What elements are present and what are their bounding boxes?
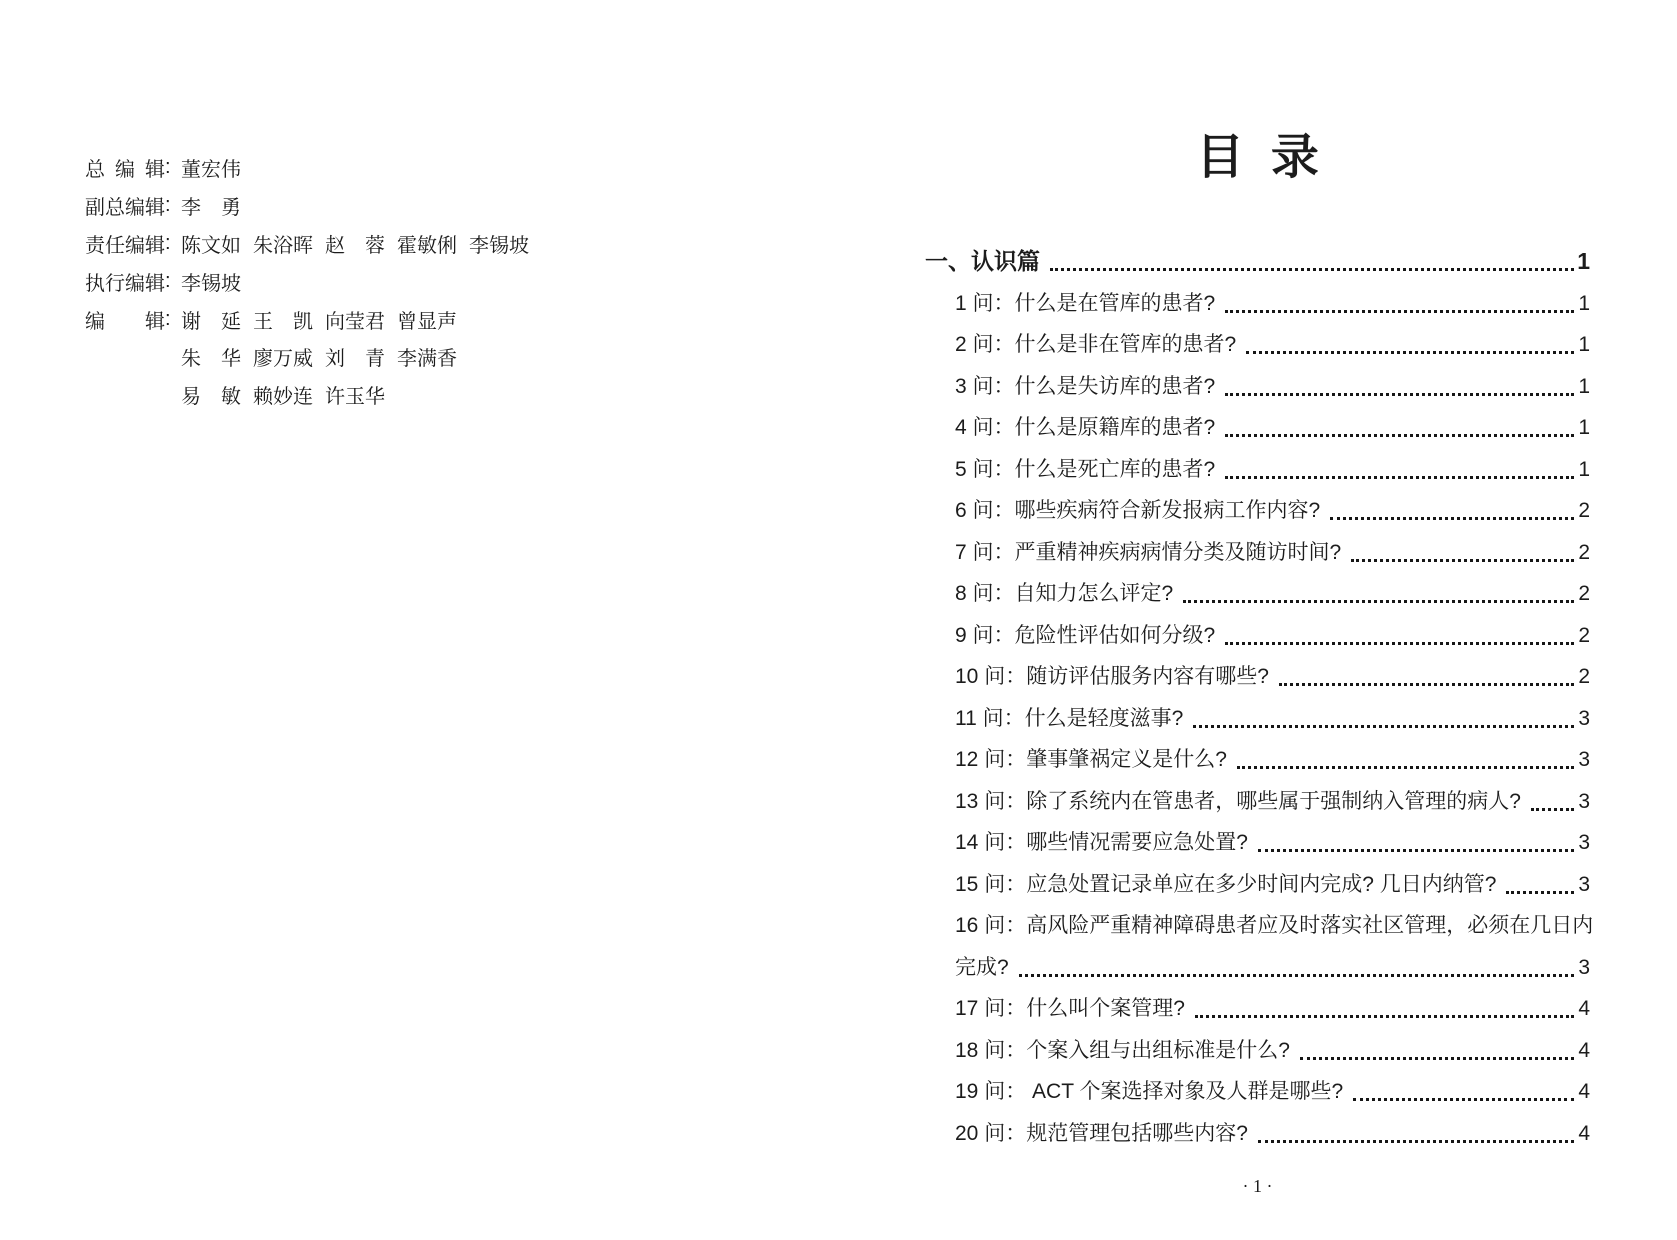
toc-entry-text: 12 问：肇事肇祸定义是什么? [955, 739, 1227, 781]
credits-role-label: 编辑 [85, 305, 165, 334]
toc-entry-text: 18 问：个案入组与出组标准是什么? [955, 1030, 1290, 1072]
dotted-leader [1193, 725, 1574, 728]
credits-name: 朱浴晖 [253, 229, 316, 258]
dotted-leader [1353, 1098, 1574, 1101]
dotted-leader [1050, 268, 1574, 271]
credits-name: 向莹君 [325, 305, 388, 334]
dotted-leader [1258, 1140, 1574, 1143]
toc-entry-text: 4 问：什么是原籍库的患者? [955, 407, 1215, 449]
toc-entry-row: 20 问：规范管理包括哪些内容?4 [925, 1113, 1590, 1155]
toc-entry-text: 14 问：哪些情况需要应急处置? [955, 822, 1248, 864]
dotted-leader [1019, 974, 1574, 977]
toc-entry-text: 9 问：危险性评估如何分级? [955, 615, 1215, 657]
toc-entry-text: 1 问：什么是在管库的患者? [955, 283, 1215, 325]
toc-entry-row: 15 问：应急处置记录单应在多少时间内完成? 几日内纳管?3 [925, 864, 1590, 906]
toc-entry-page: 3 [1577, 739, 1590, 781]
toc-entry-page: 1 [1577, 241, 1590, 283]
toc-list: 一、认识篇11 问：什么是在管库的患者?12 问：什么是非在管库的患者?13 问… [925, 241, 1590, 1154]
toc-entry-row: 17 问：什么叫个案管理?4 [925, 988, 1590, 1030]
credits-name: 许玉华 [325, 380, 388, 409]
toc-title: 目 录 [925, 132, 1590, 185]
credits-row: 易 敏赖妙连许玉华 [85, 376, 532, 414]
toc-entry-row: 11 问：什么是轻度滋事?3 [925, 698, 1590, 740]
credits-name: 李 勇 [181, 191, 244, 220]
toc-entry-row: 13 问：除了系统内在管患者，哪些属于强制纳入管理的病人?3 [925, 781, 1590, 823]
book-spread: 总编辑:董宏伟副总编辑:李 勇责任编辑:陈文如朱浴晖赵 蓉霍敏俐李锡坡执行编辑:… [0, 0, 1677, 1240]
dotted-leader [1237, 766, 1574, 769]
toc-entry-row: 3 问：什么是失访库的患者?1 [925, 366, 1590, 408]
credits-name: 霍敏俐 [397, 229, 460, 258]
toc-entry-page: 2 [1577, 573, 1590, 615]
credits-role-label: 副总编辑 [85, 191, 165, 220]
toc-entry-page: 4 [1577, 1030, 1590, 1072]
toc-entry-page: 1 [1577, 407, 1590, 449]
toc-entry-page: 2 [1577, 490, 1590, 532]
toc-entry-text: 13 问：除了系统内在管患者，哪些属于强制纳入管理的病人? [955, 781, 1521, 823]
credits-colon: : [165, 308, 181, 331]
toc-entry-page: 4 [1577, 1113, 1590, 1155]
toc-entry-text: 完成? [955, 947, 1009, 989]
dotted-leader [1195, 1015, 1574, 1018]
credits-row: 朱 华廖万威刘 青李满香 [85, 338, 532, 376]
credits-name: 陈文如 [181, 229, 244, 258]
credits-name: 李锡坡 [469, 229, 532, 258]
toc-entry-row: 19 问： ACT 个案选择对象及人群是哪些?4 [925, 1071, 1590, 1113]
toc-entry-text: 2 问：什么是非在管库的患者? [955, 324, 1236, 366]
credits-name: 王 凯 [253, 305, 316, 334]
toc-entry-row: 8 问：自知力怎么评定?2 [925, 573, 1590, 615]
credits-name: 赖妙连 [253, 380, 316, 409]
dotted-leader [1225, 310, 1574, 313]
credits-colon: : [165, 232, 181, 255]
toc-section-row: 一、认识篇1 [925, 241, 1590, 283]
toc-entry-page: 1 [1577, 366, 1590, 408]
credits-name: 曾显声 [397, 305, 460, 334]
toc-entry-page: 3 [1577, 698, 1590, 740]
toc-entry-page: 2 [1577, 615, 1590, 657]
toc-entry-text: 11 问：什么是轻度滋事? [955, 698, 1183, 740]
toc-entry-row: 5 问：什么是死亡库的患者?1 [925, 449, 1590, 491]
dotted-leader [1183, 600, 1574, 603]
dotted-leader [1225, 476, 1574, 479]
toc-entry-text: 10 问：随访评估服务内容有哪些? [955, 656, 1269, 698]
dotted-leader [1351, 559, 1574, 562]
toc-entry-text: 8 问：自知力怎么评定? [955, 573, 1173, 615]
credits-name: 易 敏 [181, 380, 244, 409]
dotted-leader [1279, 683, 1574, 686]
toc-entry-page: 3 [1577, 864, 1590, 906]
toc-entry-text: 7 问：严重精神疾病病情分类及随访时间? [955, 532, 1341, 574]
toc-entry-page: 2 [1577, 532, 1590, 574]
credits-names: 董宏伟 [181, 153, 244, 182]
toc-entry-row: 12 问：肇事肇祸定义是什么?3 [925, 739, 1590, 781]
credits-colon: : [165, 156, 181, 179]
credits-name: 廖万威 [253, 342, 316, 371]
toc-entry-page: 4 [1577, 988, 1590, 1030]
credits-names: 李 勇 [181, 191, 244, 220]
credits-row: 副总编辑:李 勇 [85, 187, 532, 225]
dotted-leader [1300, 1057, 1574, 1060]
credits-row: 编辑:谢 延王 凯向莹君曾显声 [85, 300, 532, 338]
dotted-leader [1225, 642, 1574, 645]
dotted-leader [1330, 517, 1574, 520]
dotted-leader [1225, 393, 1574, 396]
dotted-leader [1531, 808, 1574, 811]
toc-entry-page: 3 [1577, 781, 1590, 823]
toc-entry-row: 1 问：什么是在管库的患者?1 [925, 283, 1590, 325]
credits-names: 朱 华廖万威刘 青李满香 [181, 342, 460, 371]
toc-entry-row: 2 问：什么是非在管库的患者?1 [925, 324, 1590, 366]
credits-name: 李锡坡 [181, 267, 244, 296]
toc-entry-row: 14 问：哪些情况需要应急处置?3 [925, 822, 1590, 864]
credits-name: 刘 青 [325, 342, 388, 371]
toc-entry-page: 2 [1577, 656, 1590, 698]
toc-entry-text: 20 问：规范管理包括哪些内容? [955, 1113, 1248, 1155]
credits-row: 责任编辑:陈文如朱浴晖赵 蓉霍敏俐李锡坡 [85, 225, 532, 263]
toc-page: 目 录 一、认识篇11 问：什么是在管库的患者?12 问：什么是非在管库的患者?… [925, 0, 1590, 1240]
toc-entry-row: 6 问：哪些疾病符合新发报病工作内容?2 [925, 490, 1590, 532]
toc-entry-page: 4 [1577, 1071, 1590, 1113]
dotted-leader [1506, 891, 1574, 894]
dotted-leader [1246, 351, 1574, 354]
credits-name: 赵 蓉 [325, 229, 388, 258]
credits-name: 谢 延 [181, 305, 244, 334]
credits-name: 朱 华 [181, 342, 244, 371]
credits-colon: : [165, 194, 181, 217]
credits-role-label: 总编辑 [85, 153, 165, 182]
credits-names: 易 敏赖妙连许玉华 [181, 380, 388, 409]
toc-entry-text: 15 问：应急处置记录单应在多少时间内完成? 几日内纳管? [955, 864, 1496, 906]
toc-entry-text: 5 问：什么是死亡库的患者? [955, 449, 1215, 491]
dotted-leader [1258, 849, 1574, 852]
credits-name: 李满香 [397, 342, 460, 371]
credits-block: 总编辑:董宏伟副总编辑:李 勇责任编辑:陈文如朱浴晖赵 蓉霍敏俐李锡坡执行编辑:… [85, 149, 532, 414]
toc-entry-page: 1 [1577, 283, 1590, 325]
toc-entry-row: 18 问：个案入组与出组标准是什么?4 [925, 1030, 1590, 1072]
toc-entry-wrap-row: 完成?3 [925, 947, 1590, 989]
credits-names: 谢 延王 凯向莹君曾显声 [181, 305, 460, 334]
dotted-leader [1225, 434, 1574, 437]
credits-row: 总编辑:董宏伟 [85, 149, 532, 187]
toc-entry-row: 7 问：严重精神疾病病情分类及随访时间?2 [925, 532, 1590, 574]
toc-entry-text: 3 问：什么是失访库的患者? [955, 366, 1215, 408]
credits-names: 陈文如朱浴晖赵 蓉霍敏俐李锡坡 [181, 229, 532, 258]
toc-entry-row: 10 问：随访评估服务内容有哪些?2 [925, 656, 1590, 698]
page-number-footer: · 1 · [925, 1176, 1590, 1197]
toc-entry-row: 9 问：危险性评估如何分级?2 [925, 615, 1590, 657]
credits-row: 执行编辑:李锡坡 [85, 262, 532, 300]
credits-names: 李锡坡 [181, 267, 244, 296]
toc-entry-page: 3 [1577, 822, 1590, 864]
credits-role-label: 执行编辑 [85, 267, 165, 296]
toc-entry-text: 6 问：哪些疾病符合新发报病工作内容? [955, 490, 1320, 532]
toc-entry-text: 19 问： ACT 个案选择对象及人群是哪些? [955, 1071, 1343, 1113]
toc-entry-text: 17 问：什么叫个案管理? [955, 988, 1185, 1030]
credits-role-label: 责任编辑 [85, 229, 165, 258]
credits-colon: : [165, 270, 181, 293]
toc-entry-page: 1 [1577, 449, 1590, 491]
toc-entry-text: 一、认识篇 [925, 241, 1040, 283]
credits-name: 董宏伟 [181, 153, 244, 182]
toc-entry-row: 4 问：什么是原籍库的患者?1 [925, 407, 1590, 449]
toc-entry-text: 16 问：高风险严重精神障碍患者应及时落实社区管理，必须在几日内 [955, 905, 1593, 947]
toc-entry-row: 16 问：高风险严重精神障碍患者应及时落实社区管理，必须在几日内 [925, 905, 1590, 947]
toc-entry-page: 3 [1577, 947, 1590, 989]
toc-entry-page: 1 [1577, 324, 1590, 366]
